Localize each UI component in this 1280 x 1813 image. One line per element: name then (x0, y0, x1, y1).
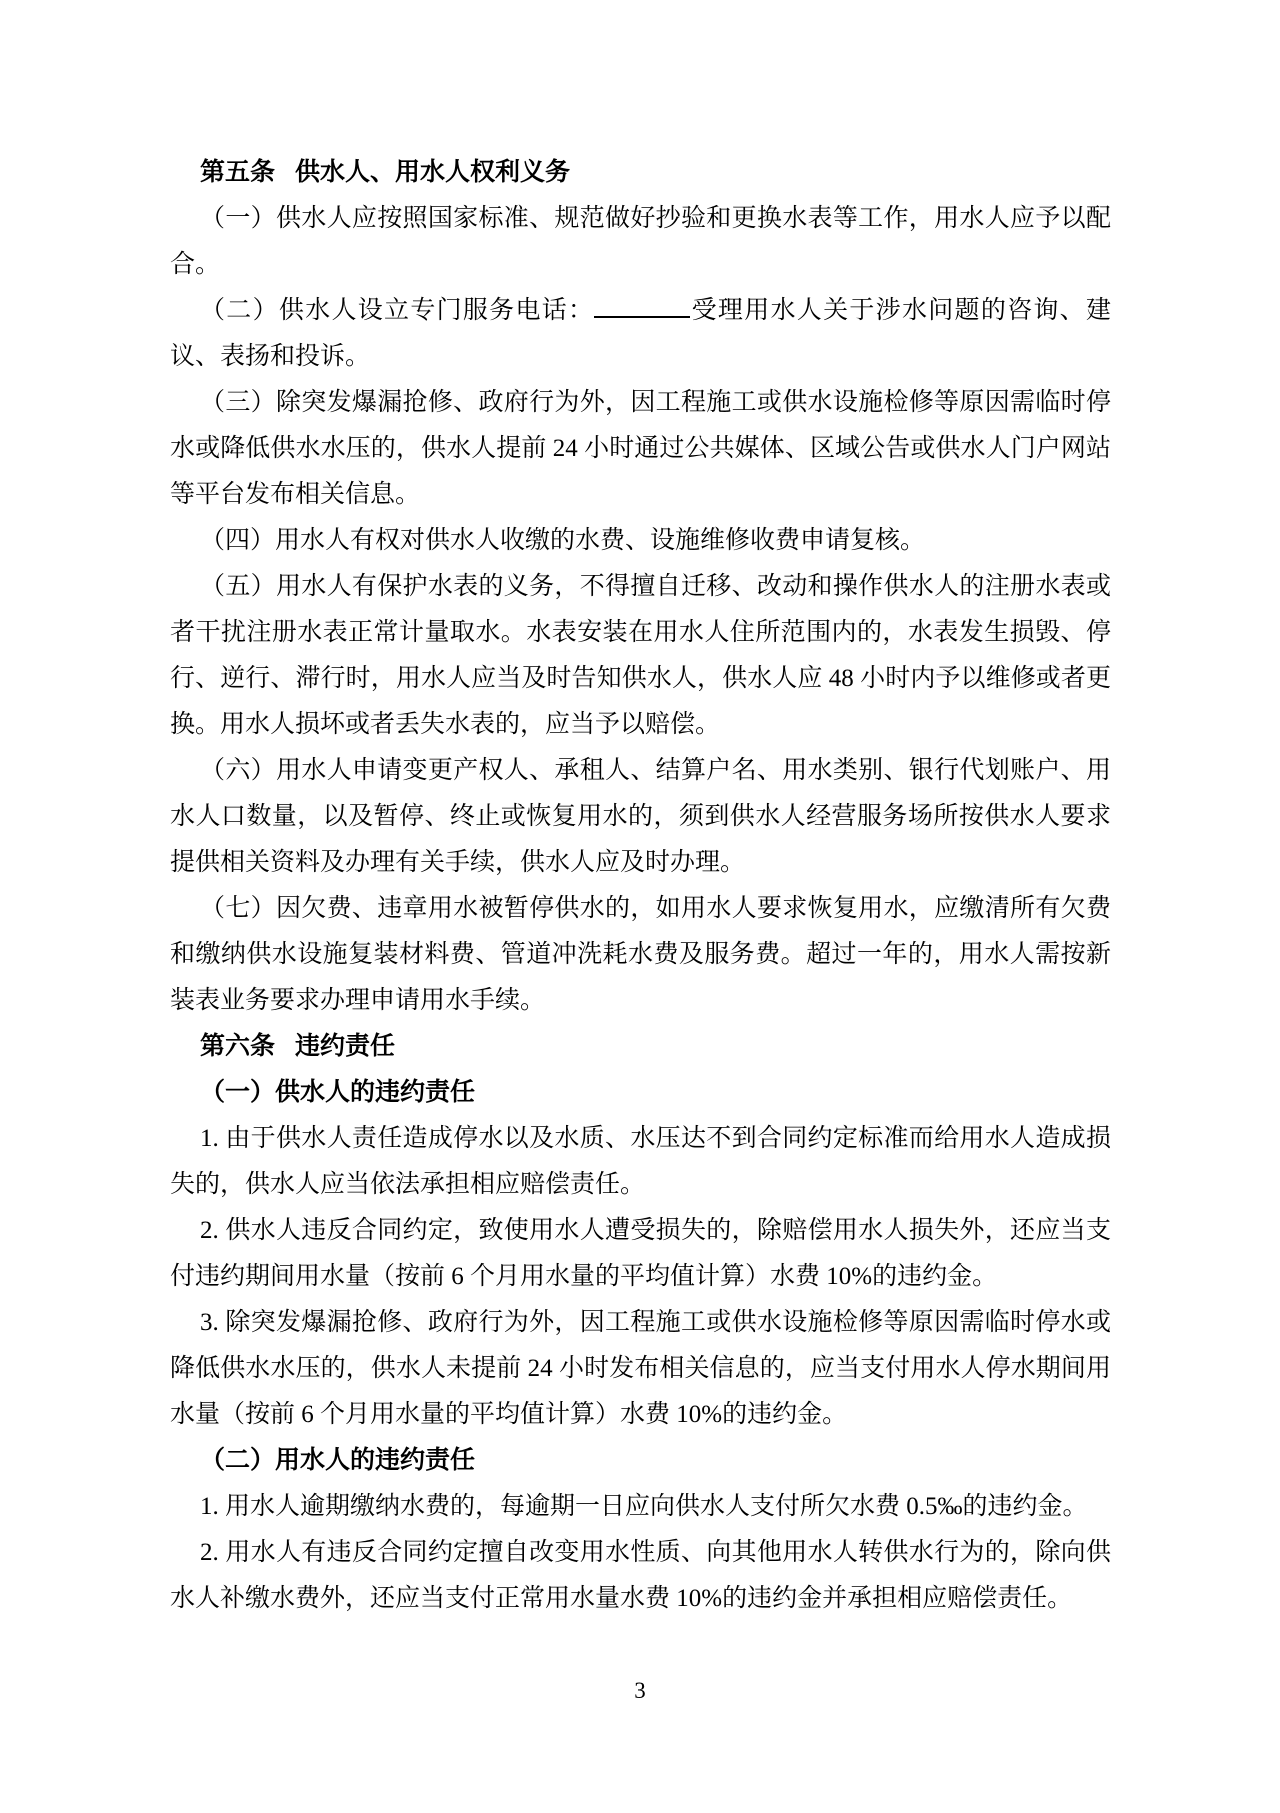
subheading-user-liability: （二）用水人的违约责任 (170, 1438, 1111, 1484)
section-heading-article-5: 第五条供水人、用水人权利义务 (170, 150, 1111, 196)
section-heading-article-6: 第六条违约责任 (170, 1024, 1111, 1070)
article-5-label: 第五条 (200, 159, 275, 186)
clause-4-fee-review: （四）用水人有权对供水人收缴的水费、设施维修收费申请复核。 (170, 518, 1111, 564)
clause-5-meter-protection: （五）用水人有保护水表的义务，不得擅自迁移、改动和操作供水人的注册水表或者干扰注… (170, 564, 1111, 748)
contract-body: 第五条供水人、用水人权利义务 （一）供水人应按照国家标准、规范做好抄验和更换水表… (170, 150, 1111, 1622)
clause-1-supplier-obligation: （一）供水人应按照国家标准、规范做好抄验和更换水表等工作，用水人应予以配合。 (170, 196, 1111, 288)
clause-6-account-change: （六）用水人申请变更产权人、承租人、结算户名、用水类别、银行代划账户、用水人口数… (170, 748, 1111, 886)
article-6-title: 违约责任 (295, 1033, 395, 1060)
supplier-liability-item-2: 2. 供水人违反合同约定，致使用水人遭受损失的，除赔偿用水人损失外，还应当支付违… (170, 1208, 1111, 1300)
supplier-liability-item-3: 3. 除突发爆漏抢修、政府行为外，因工程施工或供水设施检修等原因需临时停水或降低… (170, 1300, 1111, 1438)
page-number: 3 (0, 1676, 1280, 1706)
clause-7-water-restore: （七）因欠费、违章用水被暂停供水的，如用水人要求恢复用水，应缴清所有欠费和缴纳供… (170, 886, 1111, 1024)
clause-2-text-before-blank: （二）供水人设立专门服务电话： (200, 297, 594, 324)
article-5-title: 供水人、用水人权利义务 (295, 159, 570, 186)
article-6-label: 第六条 (200, 1033, 275, 1060)
clause-3-temporary-water-stop: （三）除突发爆漏抢修、政府行为外，因工程施工或供水设施检修等原因需临时停水或降低… (170, 380, 1111, 518)
contract-page: 第五条供水人、用水人权利义务 （一）供水人应按照国家标准、规范做好抄验和更换水表… (0, 0, 1280, 1813)
user-liability-item-2: 2. 用水人有违反合同约定擅自改变用水性质、向其他用水人转供水行为的，除向供水人… (170, 1530, 1111, 1622)
supplier-liability-item-1: 1. 由于供水人责任造成停水以及水质、水压达不到合同约定标准而给用水人造成损失的… (170, 1116, 1111, 1208)
subheading-supplier-liability: （一）供水人的违约责任 (170, 1070, 1111, 1116)
clause-2-service-phone: （二）供水人设立专门服务电话：受理用水人关于涉水问题的咨询、建议、表扬和投诉。 (170, 288, 1111, 380)
phone-number-blank-field (594, 293, 690, 318)
user-liability-item-1: 1. 用水人逾期缴纳水费的，每逾期一日应向供水人支付所欠水费 0.5‰的违约金。 (170, 1484, 1111, 1530)
